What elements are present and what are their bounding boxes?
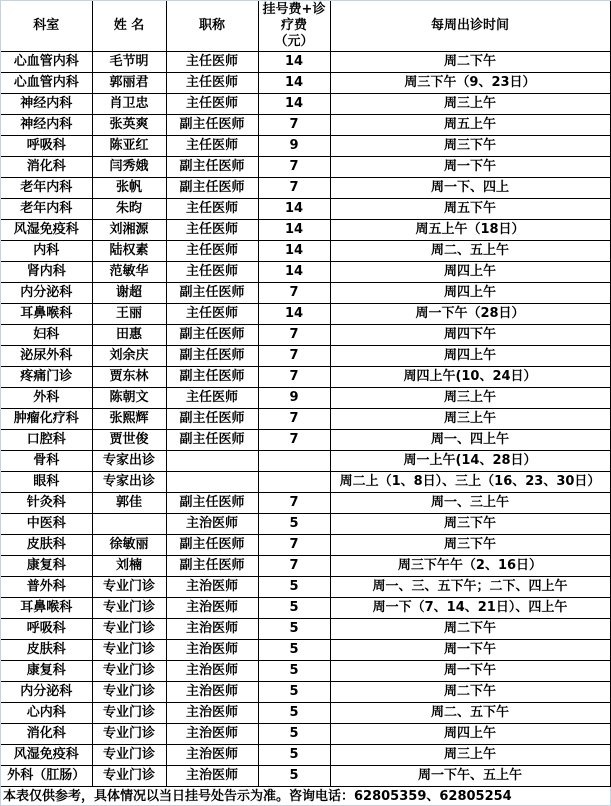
- doctor-name-cell: 田惠: [92, 324, 166, 345]
- department-cell: 外科: [1, 387, 92, 408]
- doctor-name-cell: 张英爽: [92, 114, 166, 135]
- doctor-name-cell: 陆权素: [92, 240, 166, 261]
- fee-cell: 5: [258, 639, 330, 660]
- department-cell: 神经内科: [1, 93, 92, 114]
- schedule-cell: 周三上午: [330, 93, 610, 114]
- department-cell: 消化科: [1, 156, 92, 177]
- doctor-name-cell: 刘楠: [92, 555, 166, 576]
- table-row: 疼痛门诊 贾东林 副主任医师 7 周四上午(10、24日）: [1, 366, 610, 387]
- department-cell: 风湿免疫科: [1, 744, 92, 765]
- doctor-name-cell: 范敏华: [92, 261, 166, 282]
- doctor-name-cell: 专业门诊: [92, 618, 166, 639]
- title-cell: 主治医师: [166, 597, 258, 618]
- fee-cell: 7: [258, 156, 330, 177]
- title-cell: 主任医师: [166, 240, 258, 261]
- table-row: 康复科 刘楠 副主任医师 7 周三下午午（2、16日）: [1, 555, 610, 576]
- fee-cell: 9: [258, 135, 330, 156]
- schedule-cell: 周一下、四上: [330, 177, 610, 198]
- table-row: 口腔科 贾世俊 副主任医师 7 周一、四上午: [1, 429, 610, 450]
- footer-note: 本表仅供参考，具体情况以当日挂号处告示为准。咨询电话：62805359、6280…: [1, 786, 610, 806]
- table-row: 骨科 专家出诊 周一上午(14、28日）: [1, 450, 610, 471]
- table-row: 风湿免疫科 专业门诊 主治医师 5 周三上午: [1, 744, 610, 765]
- department-cell: 外科（肛肠）: [1, 765, 92, 786]
- table-row: 妇科 田惠 副主任医师 7 周四下午: [1, 324, 610, 345]
- header-schedule: 每周出诊时间: [330, 1, 610, 51]
- department-cell: 康复科: [1, 555, 92, 576]
- department-cell: 心内科: [1, 702, 92, 723]
- department-cell: 消化科: [1, 723, 92, 744]
- department-cell: 骨科: [1, 450, 92, 471]
- schedule-cell: 周二下午: [330, 618, 610, 639]
- title-cell: 主治医师: [166, 639, 258, 660]
- schedule-cell: 周五下午: [330, 198, 610, 219]
- title-cell: 主治医师: [166, 576, 258, 597]
- fee-cell: 14: [258, 72, 330, 93]
- department-cell: 呼吸科: [1, 135, 92, 156]
- title-cell: 主任医师: [166, 261, 258, 282]
- fee-cell: 7: [258, 492, 330, 513]
- title-cell: 主治医师: [166, 660, 258, 681]
- fee-cell: 7: [258, 429, 330, 450]
- table-row: 老年内科 张帆 副主任医师 7 周一下、四上: [1, 177, 610, 198]
- schedule-cell: 周三下午午（2、16日）: [330, 555, 610, 576]
- doctor-name-cell: 专家出诊: [92, 450, 166, 471]
- table-row: 消化科 专业门诊 主治医师 5 周四上午: [1, 723, 610, 744]
- doctor-name-cell: 专业门诊: [92, 660, 166, 681]
- table-row: 风湿免疫科 刘湘源 主任医师 14 周五上午（18日）: [1, 219, 610, 240]
- title-cell: 副主任医师: [166, 324, 258, 345]
- schedule-cell: 周一下午、五上午: [330, 765, 610, 786]
- department-cell: 老年内科: [1, 198, 92, 219]
- doctor-name-cell: 陈亚红: [92, 135, 166, 156]
- schedule-cell: 周三下午: [330, 513, 610, 534]
- header-fee-line: （元）: [259, 34, 330, 50]
- fee-cell: 7: [258, 345, 330, 366]
- department-cell: 耳鼻喉科: [1, 303, 92, 324]
- title-cell: [166, 471, 258, 492]
- doctor-name-cell: 专业门诊: [92, 597, 166, 618]
- doctor-name-cell: 贾世俊: [92, 429, 166, 450]
- doctor-name-cell: 王丽: [92, 303, 166, 324]
- title-cell: 主任医师: [166, 51, 258, 72]
- title-cell: 主治医师: [166, 723, 258, 744]
- schedule-cell: 周三上午: [330, 744, 610, 765]
- title-cell: 主任医师: [166, 219, 258, 240]
- schedule-cell: 周二下午: [330, 681, 610, 702]
- table-row: 心内科 专业门诊 主治医师 5 周二、五下午: [1, 702, 610, 723]
- department-cell: 呼吸科: [1, 618, 92, 639]
- table-header-row: 科室 姓 名 职称 挂号费+诊 疗费 （元） 每周出诊时间: [1, 1, 610, 51]
- table-row: 外科（肛肠） 专业门诊 主治医师 5 周一下午、五上午: [1, 765, 610, 786]
- title-cell: 主治医师: [166, 702, 258, 723]
- doctor-name-cell: 陈朝文: [92, 387, 166, 408]
- fee-cell: 5: [258, 723, 330, 744]
- title-cell: 主任医师: [166, 72, 258, 93]
- title-cell: 主任医师: [166, 387, 258, 408]
- fee-cell: 5: [258, 618, 330, 639]
- title-cell: 副主任医师: [166, 366, 258, 387]
- schedule-cell: 周四上午: [330, 345, 610, 366]
- table-row: 耳鼻喉科 专业门诊 主治医师 5 周一下（7、14、21日）、四上午: [1, 597, 610, 618]
- schedule-cell: 周三下午: [330, 135, 610, 156]
- fee-cell: 14: [258, 51, 330, 72]
- title-cell: 副主任医师: [166, 555, 258, 576]
- title-cell: 主治医师: [166, 681, 258, 702]
- doctor-name-cell: 专业门诊: [92, 639, 166, 660]
- table-row: 康复科 专业门诊 主治医师 5 周一下午: [1, 660, 610, 681]
- doctor-name-cell: 张帆: [92, 177, 166, 198]
- fee-cell: 7: [258, 534, 330, 555]
- department-cell: 疼痛门诊: [1, 366, 92, 387]
- table-row: 消化科 闫秀娥 副主任医师 7 周一下午: [1, 156, 610, 177]
- title-cell: 主任医师: [166, 135, 258, 156]
- title-cell: 副主任医师: [166, 429, 258, 450]
- title-cell: 主治医师: [166, 513, 258, 534]
- title-cell: 副主任医师: [166, 177, 258, 198]
- department-cell: 口腔科: [1, 429, 92, 450]
- doctor-name-cell: 肖卫忠: [92, 93, 166, 114]
- department-cell: 心血管内科: [1, 51, 92, 72]
- title-cell: 副主任医师: [166, 345, 258, 366]
- header-name: 姓 名: [92, 1, 166, 51]
- schedule-cell: 周二上（1、8日）、三上（16、23、30日）: [330, 471, 610, 492]
- doctor-name-cell: 专业门诊: [92, 702, 166, 723]
- department-cell: 普外科: [1, 576, 92, 597]
- department-cell: 皮肤科: [1, 639, 92, 660]
- fee-cell: 14: [258, 303, 330, 324]
- table-row: 肿瘤化疗科 张熙辉 副主任医师 7 周三上午: [1, 408, 610, 429]
- title-cell: 主任医师: [166, 303, 258, 324]
- department-cell: 眼科: [1, 471, 92, 492]
- title-cell: [166, 450, 258, 471]
- schedule-cell: 周三下午（9、23日）: [330, 72, 610, 93]
- doctor-name-cell: [92, 513, 166, 534]
- schedule-cell: 周二下午: [330, 51, 610, 72]
- schedule-document: 科室 姓 名 职称 挂号费+诊 疗费 （元） 每周出诊时间 心血管内科 毛节明 …: [0, 0, 611, 806]
- title-cell: 副主任医师: [166, 492, 258, 513]
- fee-cell: 5: [258, 597, 330, 618]
- doctor-name-cell: 郭丽君: [92, 72, 166, 93]
- department-cell: 神经内科: [1, 114, 92, 135]
- doctor-name-cell: 谢超: [92, 282, 166, 303]
- title-cell: 副主任医师: [166, 408, 258, 429]
- title-cell: 主任医师: [166, 198, 258, 219]
- doctor-name-cell: 贾东林: [92, 366, 166, 387]
- department-cell: 老年内科: [1, 177, 92, 198]
- table-row: 肾内科 范敏华 主任医师 14 周四上午: [1, 261, 610, 282]
- fee-cell: 5: [258, 660, 330, 681]
- doctor-name-cell: 张熙辉: [92, 408, 166, 429]
- doctor-name-cell: 专业门诊: [92, 765, 166, 786]
- table-row: 内分泌科 专业门诊 主治医师 5 周二下午: [1, 681, 610, 702]
- schedule-cell: 周四上午(10、24日）: [330, 366, 610, 387]
- table-row: 眼科 专家出诊 周二上（1、8日）、三上（16、23、30日）: [1, 471, 610, 492]
- fee-cell: 14: [258, 261, 330, 282]
- table-row: 皮肤科 徐敏丽 副主任医师 7 周三下午: [1, 534, 610, 555]
- fee-cell: 5: [258, 765, 330, 786]
- schedule-cell: 周一、三上午: [330, 492, 610, 513]
- table-row: 普外科 专业门诊 主治医师 5 周一、三、五下午；二下、四上午: [1, 576, 610, 597]
- table-row: 呼吸科 陈亚红 主任医师 9 周三下午: [1, 135, 610, 156]
- fee-cell: 7: [258, 366, 330, 387]
- schedule-cell: 周一、四上午: [330, 429, 610, 450]
- table-row: 神经内科 肖卫忠 主任医师 14 周三上午: [1, 93, 610, 114]
- doctor-name-cell: 郭佳: [92, 492, 166, 513]
- doctor-name-cell: 闫秀娥: [92, 156, 166, 177]
- doctor-name-cell: 徐敏丽: [92, 534, 166, 555]
- doctor-schedule-table: 科室 姓 名 职称 挂号费+诊 疗费 （元） 每周出诊时间 心血管内科 毛节明 …: [1, 1, 611, 806]
- schedule-cell: 周四上午: [330, 261, 610, 282]
- fee-cell: 5: [258, 576, 330, 597]
- schedule-cell: 周五上午（18日）: [330, 219, 610, 240]
- schedule-cell: 周四上午: [330, 723, 610, 744]
- fee-cell: 5: [258, 513, 330, 534]
- table-row: 外科 陈朝文 主任医师 9 周三上午: [1, 387, 610, 408]
- schedule-cell: 周四上午: [330, 282, 610, 303]
- table-row: 老年内科 朱昀 主任医师 14 周五下午: [1, 198, 610, 219]
- schedule-cell: 周三下午: [330, 534, 610, 555]
- doctor-name-cell: 专业门诊: [92, 744, 166, 765]
- department-cell: 针灸科: [1, 492, 92, 513]
- doctor-name-cell: 专家出诊: [92, 471, 166, 492]
- schedule-cell: 周一下午: [330, 639, 610, 660]
- schedule-cell: 周三上午: [330, 408, 610, 429]
- table-row: 泌尿外科 刘余庆 副主任医师 7 周四上午: [1, 345, 610, 366]
- schedule-cell: 周一下午（28日）: [330, 303, 610, 324]
- schedule-cell: 周一下午: [330, 156, 610, 177]
- schedule-cell: 周二、五上午: [330, 240, 610, 261]
- header-fee: 挂号费+诊 疗费 （元）: [258, 1, 330, 51]
- department-cell: 康复科: [1, 660, 92, 681]
- schedule-cell: 周一下（7、14、21日）、四上午: [330, 597, 610, 618]
- fee-cell: 7: [258, 282, 330, 303]
- doctor-name-cell: 刘余庆: [92, 345, 166, 366]
- header-fee-line: 疗费: [259, 18, 330, 34]
- fee-cell: 14: [258, 240, 330, 261]
- department-cell: 内分泌科: [1, 282, 92, 303]
- schedule-cell: 周五上午: [330, 114, 610, 135]
- doctor-name-cell: 专业门诊: [92, 576, 166, 597]
- table-row: 中医科 主治医师 5 周三下午: [1, 513, 610, 534]
- doctor-name-cell: 朱昀: [92, 198, 166, 219]
- department-cell: 中医科: [1, 513, 92, 534]
- fee-cell: 14: [258, 93, 330, 114]
- department-cell: 心血管内科: [1, 72, 92, 93]
- schedule-cell: 周四下午: [330, 324, 610, 345]
- fee-cell: 9: [258, 387, 330, 408]
- table-row: 内分泌科 谢超 副主任医师 7 周四上午: [1, 282, 610, 303]
- title-cell: 主任医师: [166, 93, 258, 114]
- fee-cell: [258, 450, 330, 471]
- table-row: 呼吸科 专业门诊 主治医师 5 周二下午: [1, 618, 610, 639]
- doctor-name-cell: 专业门诊: [92, 681, 166, 702]
- table-row: 皮肤科 专业门诊 主治医师 5 周一下午: [1, 639, 610, 660]
- title-cell: 副主任医师: [166, 534, 258, 555]
- table-footer-row: 本表仅供参考，具体情况以当日挂号处告示为准。咨询电话：62805359、6280…: [1, 786, 610, 806]
- fee-cell: 5: [258, 702, 330, 723]
- department-cell: 妇科: [1, 324, 92, 345]
- fee-cell: 7: [258, 177, 330, 198]
- title-cell: 副主任医师: [166, 156, 258, 177]
- header-department: 科室: [1, 1, 92, 51]
- table-row: 神经内科 张英爽 副主任医师 7 周五上午: [1, 114, 610, 135]
- department-cell: 泌尿外科: [1, 345, 92, 366]
- department-cell: 肿瘤化疗科: [1, 408, 92, 429]
- header-title: 职称: [166, 1, 258, 51]
- department-cell: 耳鼻喉科: [1, 597, 92, 618]
- doctor-name-cell: 专业门诊: [92, 723, 166, 744]
- department-cell: 肾内科: [1, 261, 92, 282]
- fee-cell: 14: [258, 219, 330, 240]
- department-cell: 风湿免疫科: [1, 219, 92, 240]
- fee-cell: 7: [258, 324, 330, 345]
- table-row: 针灸科 郭佳 副主任医师 7 周一、三上午: [1, 492, 610, 513]
- table-row: 内科 陆权素 主任医师 14 周二、五上午: [1, 240, 610, 261]
- table-row: 心血管内科 郭丽君 主任医师 14 周三下午（9、23日）: [1, 72, 610, 93]
- schedule-cell: 周一下午: [330, 660, 610, 681]
- fee-cell: 7: [258, 555, 330, 576]
- title-cell: 副主任医师: [166, 282, 258, 303]
- schedule-cell: 周一上午(14、28日）: [330, 450, 610, 471]
- title-cell: 主治医师: [166, 765, 258, 786]
- fee-cell: 5: [258, 744, 330, 765]
- title-cell: 主治医师: [166, 618, 258, 639]
- title-cell: 副主任医师: [166, 114, 258, 135]
- fee-cell: [258, 471, 330, 492]
- doctor-name-cell: 刘湘源: [92, 219, 166, 240]
- table-row: 心血管内科 毛节明 主任医师 14 周二下午: [1, 51, 610, 72]
- title-cell: 主治医师: [166, 744, 258, 765]
- department-cell: 内分泌科: [1, 681, 92, 702]
- doctor-name-cell: 毛节明: [92, 51, 166, 72]
- table-row: 耳鼻喉科 王丽 主任医师 14 周一下午（28日）: [1, 303, 610, 324]
- fee-cell: 14: [258, 198, 330, 219]
- department-cell: 内科: [1, 240, 92, 261]
- fee-cell: 7: [258, 408, 330, 429]
- header-fee-line: 挂号费+诊: [259, 2, 330, 18]
- department-cell: 皮肤科: [1, 534, 92, 555]
- fee-cell: 7: [258, 114, 330, 135]
- schedule-cell: 周三上午: [330, 387, 610, 408]
- schedule-cell: 周一、三、五下午；二下、四上午: [330, 576, 610, 597]
- fee-cell: 5: [258, 681, 330, 702]
- schedule-cell: 周二、五下午: [330, 702, 610, 723]
